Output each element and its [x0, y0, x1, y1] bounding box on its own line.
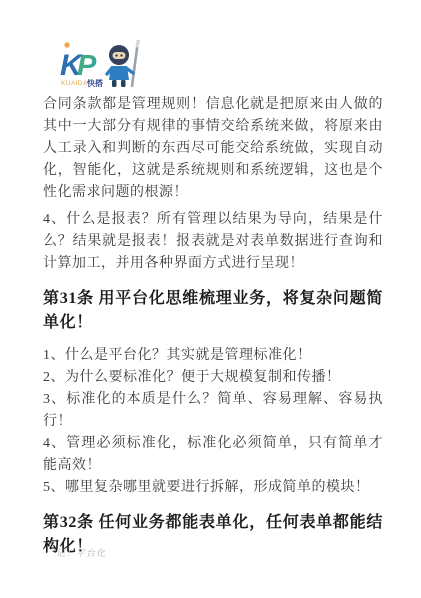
- document-page: K P KUAIDA 快搭: [0, 0, 421, 598]
- logo-dot-icon: [64, 42, 69, 47]
- logo-subtext-cn: 快搭: [87, 78, 103, 88]
- paragraph-reports: 4、什么是报表？所有管理以结果为导向，结果是什么？结果就是报表！报表就是对表单数…: [43, 209, 383, 275]
- section-heading-31: 第31条 用平台化思维梳理业务，将复杂问题简单化！: [43, 287, 383, 335]
- list-item-2: 2、为什么要标准化？便于大规模复制和传播！: [43, 367, 383, 389]
- logo-letter-p: P: [77, 50, 97, 82]
- list-item-3: 3、标准化的本质是什么？简单、容易理解、容易执行！: [43, 389, 383, 433]
- mascot-icon: [107, 41, 139, 87]
- document-content: 合同条款都是管理规则！信息化就是把原来由人做的其中一大部分有规律的事情交给系统来…: [43, 94, 383, 569]
- logo-subtext-latin: KUAIDA: [61, 80, 88, 87]
- kp-logo: K P KUAIDA 快搭: [60, 40, 144, 90]
- list-item-1: 1、什么是平台化？其实就是管理标准化！: [43, 345, 383, 367]
- list-item-4: 4、管理必须标准化，标准化必须简单，只有简单才能高效！: [43, 433, 383, 477]
- kp-logo-graphic: K P KUAIDA 快搭: [60, 40, 144, 90]
- list-item-5: 5、哪里复杂哪里就要进行拆解，形成简单的模块！: [43, 477, 383, 499]
- footer-watermark: 记：平台化: [56, 546, 106, 559]
- paragraph-rules: 合同条款都是管理规则！信息化就是把原来由人做的其中一大部分有规律的事情交给系统来…: [43, 94, 383, 204]
